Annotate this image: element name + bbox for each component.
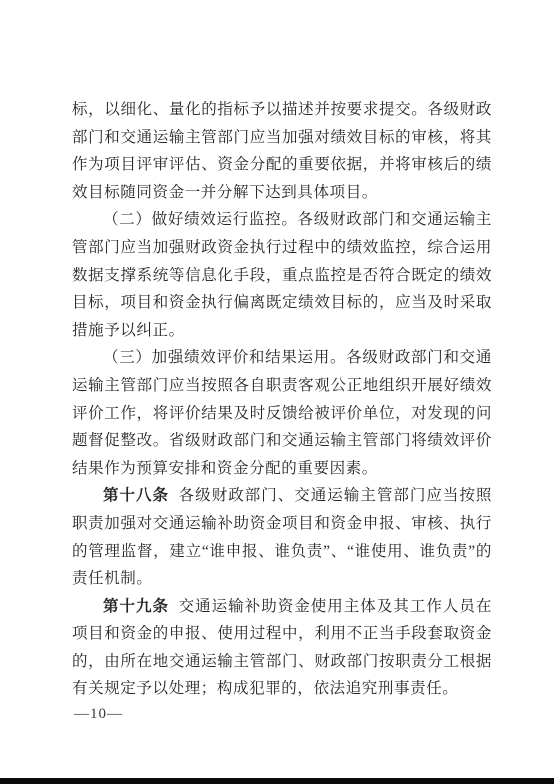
page-body-text: 标，以细化、量化的指标予以描述并按要求提交。各级财政部门和交通运输主管部门应当加… [72, 96, 492, 703]
document-page: 标，以细化、量化的指标予以描述并按要求提交。各级财政部门和交通运输主管部门应当加… [0, 0, 554, 784]
article-18-number: 第十八条 [103, 487, 169, 504]
body-paragraph-item-3: （三）加强绩效评价和结果运用。各级财政部门和交通运输主管部门应当按照各自职责客观… [72, 344, 492, 482]
body-paragraph-continuation: 标，以细化、量化的指标予以描述并按要求提交。各级财政部门和交通运输主管部门应当加… [72, 96, 492, 206]
body-paragraph-item-2: （二）做好绩效运行监控。各级财政部门和交通运输主管部门应当加强财政资金执行过程中… [72, 206, 492, 344]
paragraph-text: （二）做好绩效运行监控。各级财政部门和交通运输主管部门应当加强财政资金执行过程中… [72, 211, 492, 338]
scan-edge-artifact [0, 778, 554, 784]
article-18-paragraph: 第十八条各级财政部门、交通运输主管部门应当按照职责加强对交通运输补助资金项目和资… [72, 482, 492, 592]
paragraph-text: 标，以细化、量化的指标予以描述并按要求提交。各级财政部门和交通运输主管部门应当加… [72, 101, 492, 201]
page-number: —10— [74, 706, 123, 723]
article-19-number: 第十九条 [103, 598, 169, 615]
article-19-paragraph: 第十九条交通运输补助资金使用主体及其工作人员在项目和资金的申报、使用过程中，利用… [72, 593, 492, 703]
paragraph-text: （三）加强绩效评价和结果运用。各级财政部门和交通运输主管部门应当按照各自职责客观… [72, 349, 492, 476]
